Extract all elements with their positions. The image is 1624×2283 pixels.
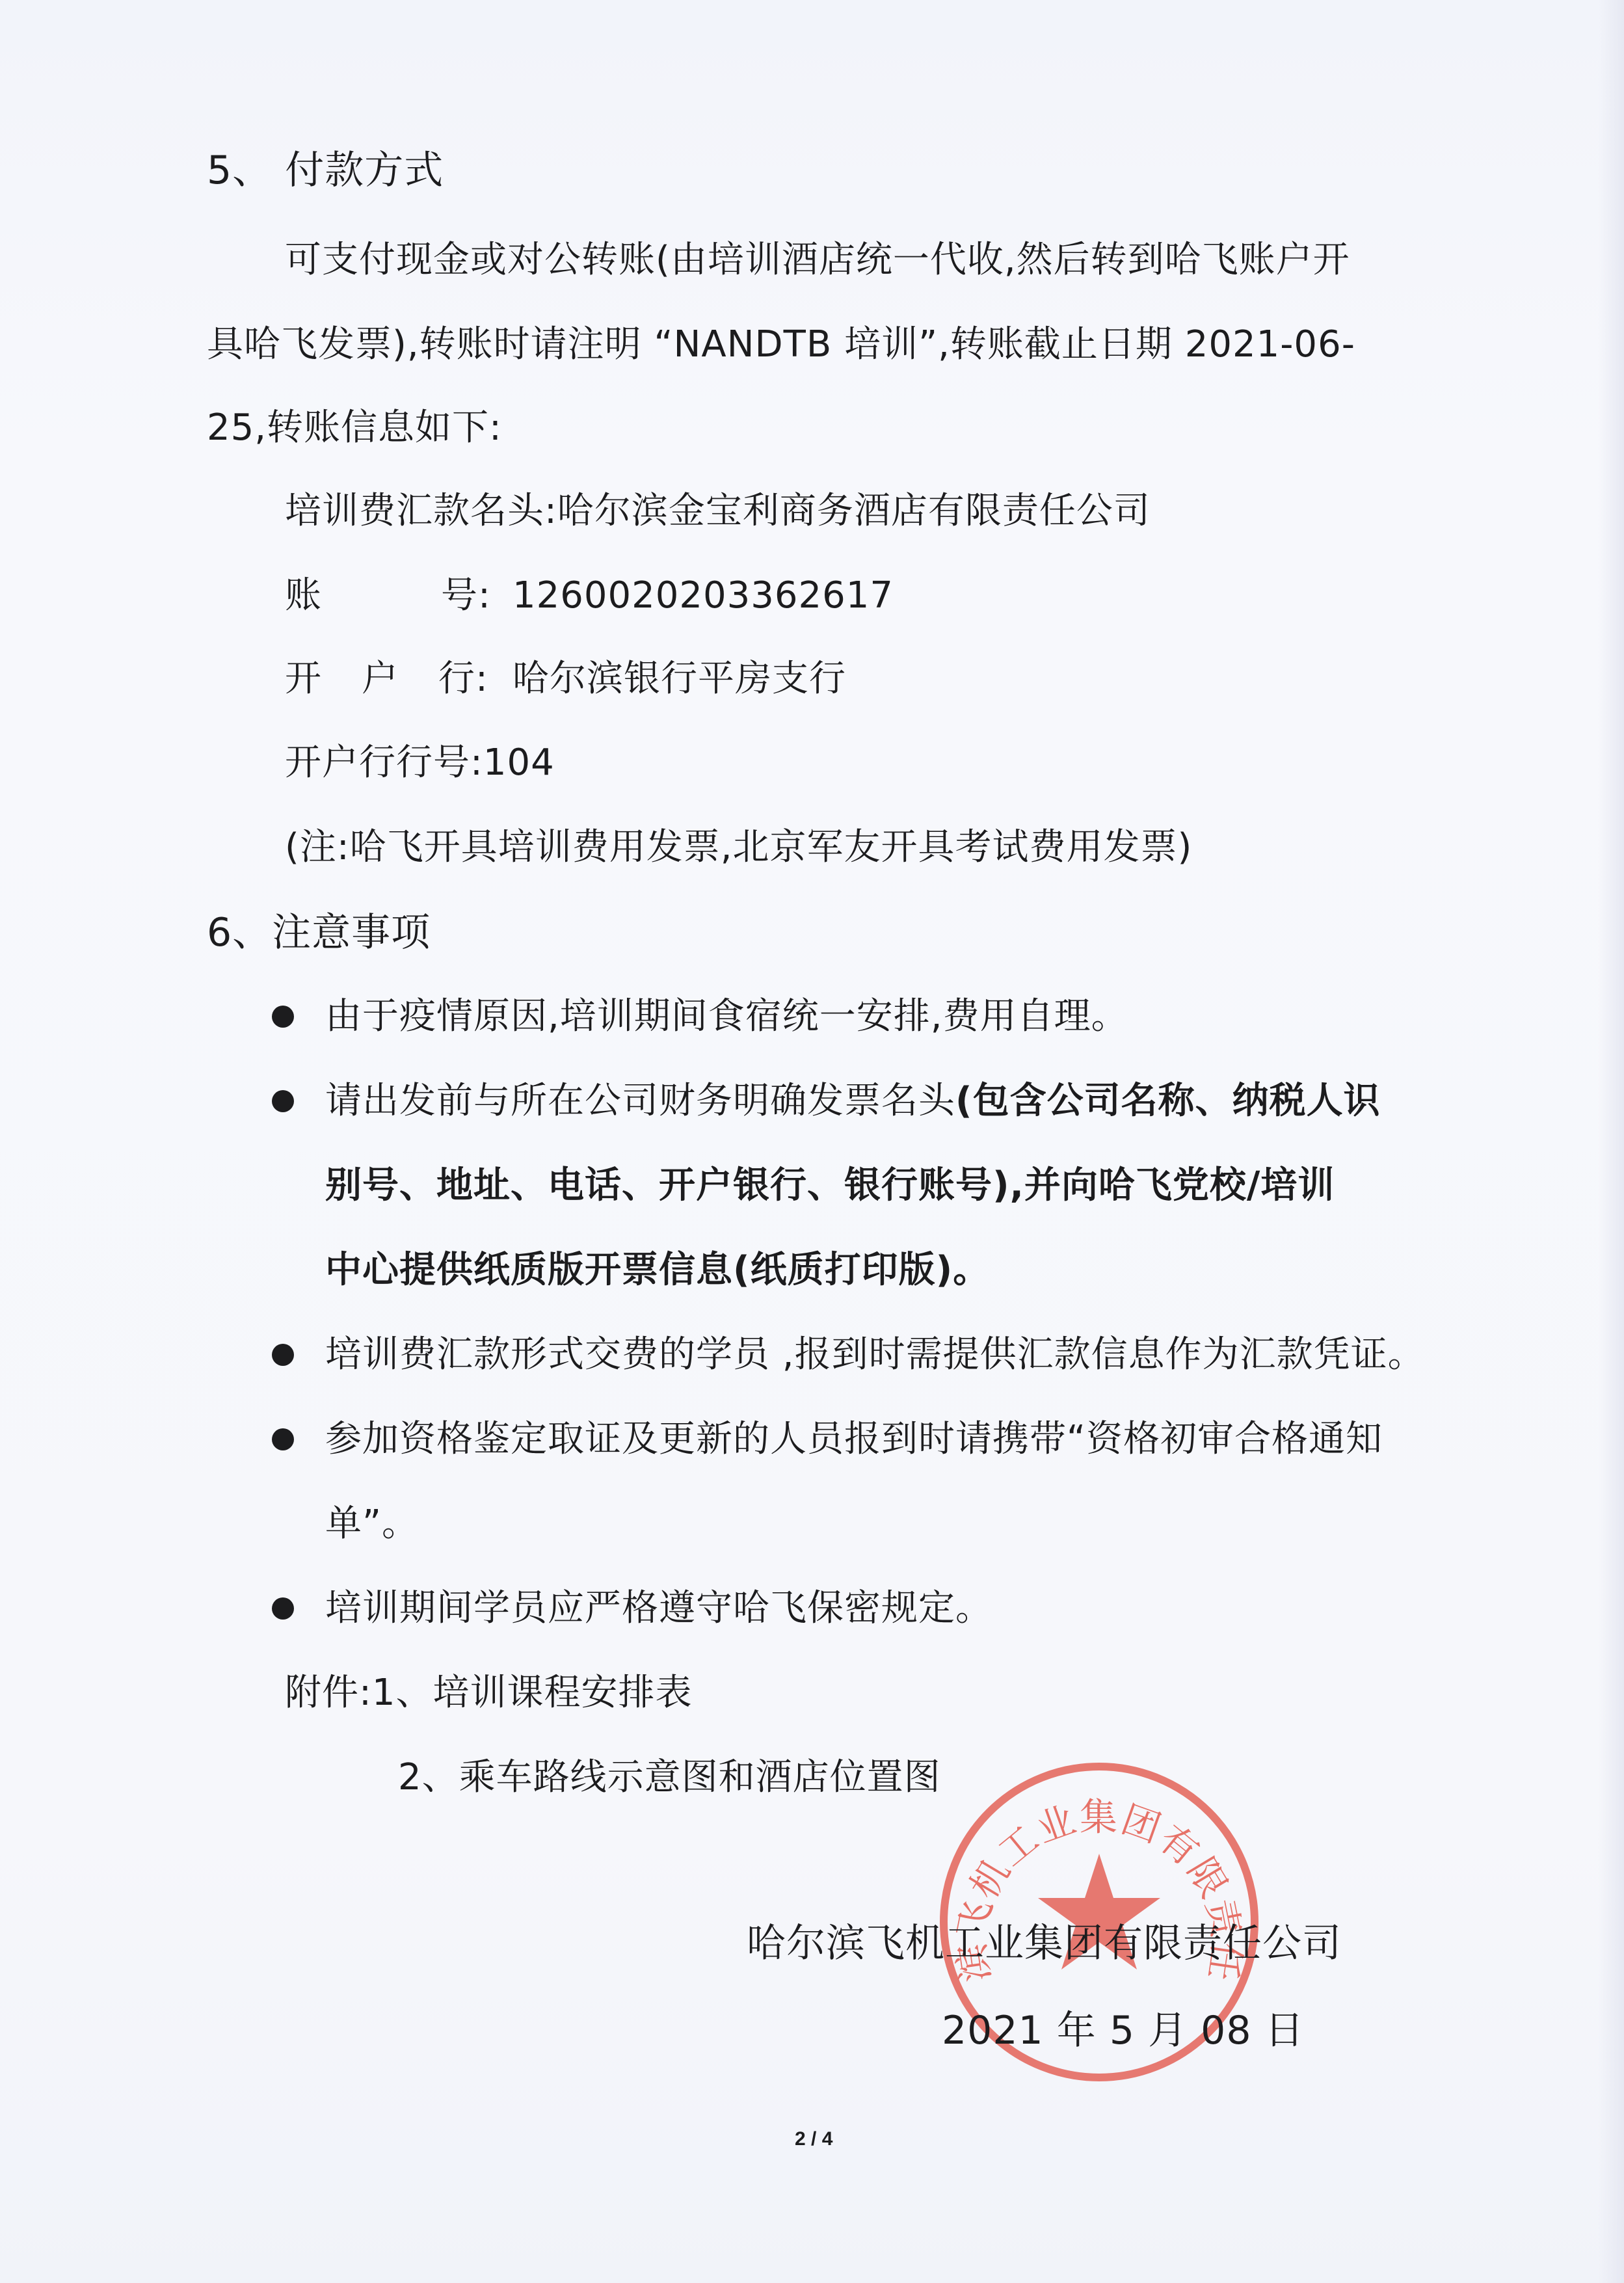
bank-value: 哈尔滨银行平房支行 [512,658,846,700]
bullet-dot-4 [272,1428,294,1450]
payee-value: 哈尔滨金宝利商务酒店有限责任公司 [557,490,1151,532]
attachment-item-1: 1、培训课程安排表 [372,1672,693,1714]
payee-label: 培训费汇款名头: [285,490,557,532]
bank-code-row: 开户行行号:104 [285,745,555,781]
payment-paragraph-line-3: 25,转账信息如下: [207,410,502,446]
page-number: 2 / 4 [795,2128,832,2150]
notice-item-2-normal: 请出发前与所在公司财务明确发票名头 [325,1080,955,1122]
notice-item-4-line-1: 参加资格鉴定取证及更新的人员报到时请携带“资格初审合格通知 [325,1421,1383,1458]
issuing-organization: 哈尔滨飞机工业集团有限责任公司 [747,1924,1342,1963]
account-number: 1260020203362617 [512,574,894,617]
bullet-dot-3 [272,1344,294,1366]
bank-row: 开户行:哈尔滨银行平房支行 [285,661,846,697]
section-6-heading: 6、注意事项 [207,913,431,952]
notice-item-5: 培训期间学员应严格遵守哈飞保密规定。 [325,1590,992,1627]
attachments-label: 附件: [285,1672,372,1714]
bullet-dot-2 [272,1090,294,1112]
payment-paragraph-line-1: 可支付现金或对公转账(由培训酒店统一代收,然后转到哈飞账户开 [285,242,1350,278]
bullet-dot-5 [272,1597,294,1620]
bank-label: 开户行: [285,661,512,697]
bank-code-value: 104 [483,741,555,784]
notice-item-4-line-2: 单”。 [325,1506,419,1542]
account-label: 账号: [285,578,512,614]
document-page: 5、 付款方式 可支付现金或对公转账(由培训酒店统一代收,然后转到哈飞账户开 具… [0,0,1624,2283]
notice-item-2-bold: (包含公司名称、纳税人识 [955,1080,1381,1122]
issue-date: 2021 年 5 月 08 日 [942,2011,1305,2050]
bullet-dot-1 [272,1006,294,1028]
notice-item-2-line-3: 中心提供纸质版开票信息(纸质打印版)。 [325,1252,990,1288]
payee-row: 培训费汇款名头:哈尔滨金宝利商务酒店有限责任公司 [285,493,1151,529]
section-5-heading: 5、 付款方式 [207,151,444,190]
notice-item-3: 培训费汇款形式交费的学员 ,报到时需提供汇款信息作为汇款凭证。 [325,1337,1425,1373]
notice-item-2-line-2: 别号、地址、电话、开户银行、银行账号),并向哈飞党校/培训 [325,1168,1335,1204]
account-row: 账号:1260020203362617 [285,578,894,614]
bank-code-label: 开户行行号: [285,741,483,784]
invoice-note: (注:哈飞开具培训费用发票,北京军友开具考试费用发票) [285,829,1192,866]
payment-paragraph-line-2: 具哈飞发票),转账时请注明 “NANDTB 培训”,转账截止日期 2021-06… [207,327,1355,363]
attachment-item-2: 2、乘车路线示意图和酒店位置图 [398,1759,941,1796]
notice-item-2-line-1: 请出发前与所在公司财务明确发票名头(包含公司名称、纳税人识 [325,1083,1381,1119]
scan-edge-shadow [1598,0,1624,2283]
notice-item-1: 由于疫情原因,培训期间食宿统一安排,费用自理。 [325,998,1128,1035]
attachment-row-1: 附件:1、培训课程安排表 [285,1675,693,1711]
